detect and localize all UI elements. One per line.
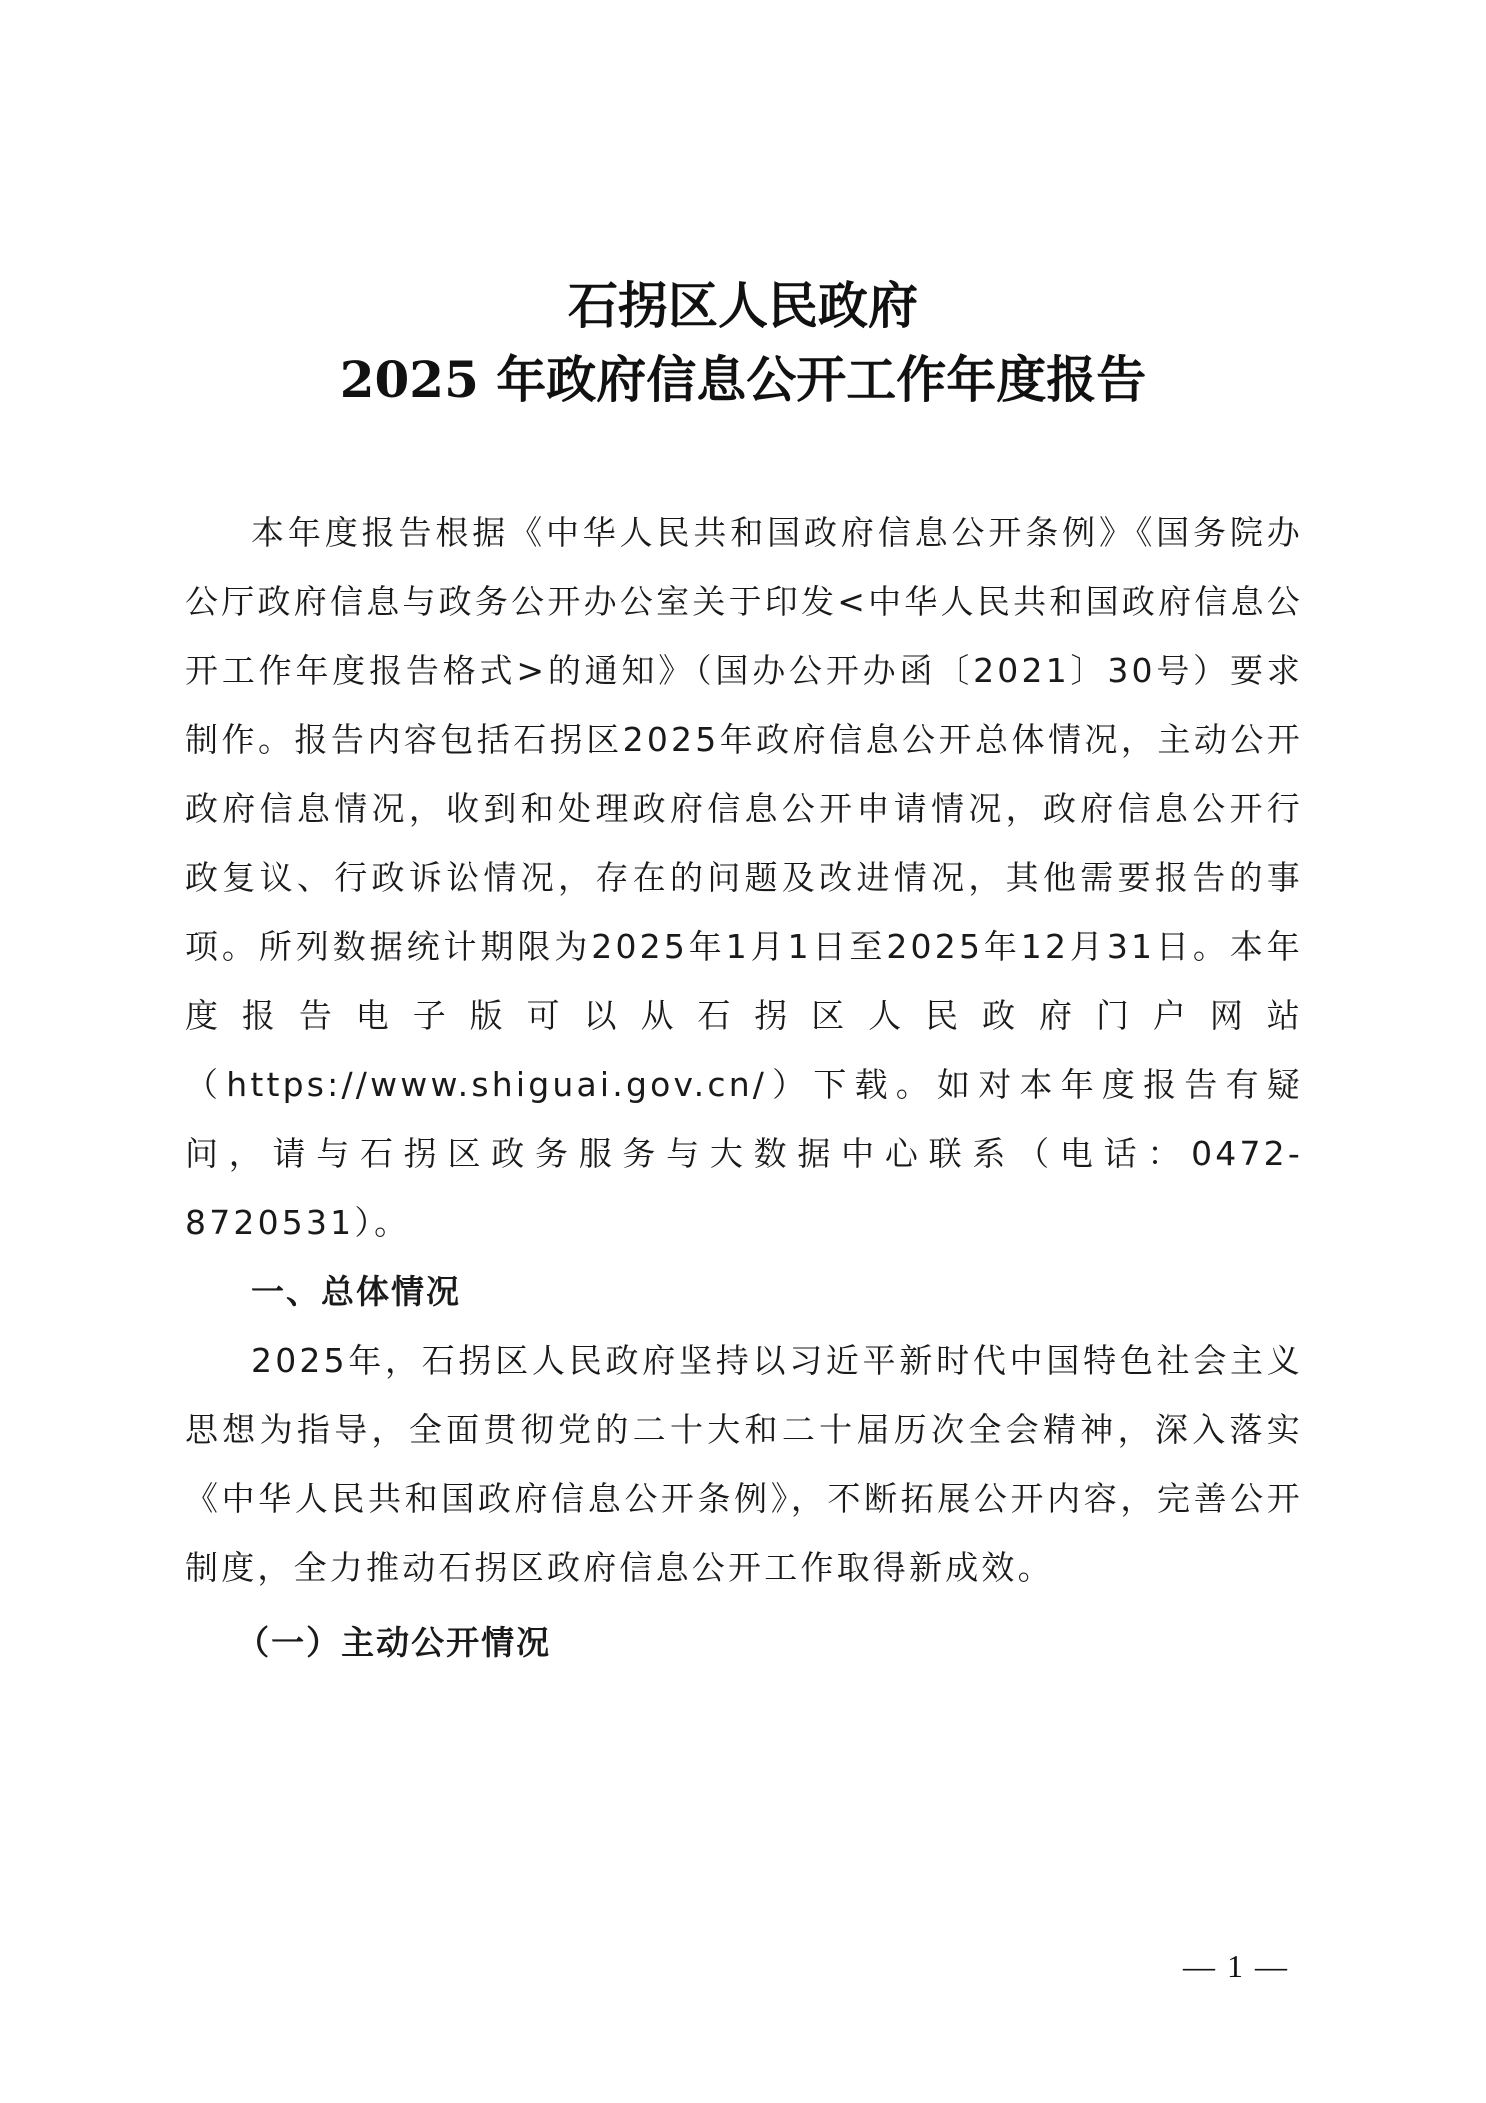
overview-paragraph: 2025年，石拐区人民政府坚持以习近平新时代中国特色社会主义思想为指导，全面贯彻… (185, 1326, 1303, 1602)
intro-paragraph: 本年度报告根据《中华人民共和国政府信息公开条例》《国务院办公厅政府信息与政务公开… (185, 498, 1303, 1257)
document-body: 本年度报告根据《中华人民共和国政府信息公开条例》《国务院办公厅政府信息与政务公开… (185, 498, 1303, 1677)
document-title-line1: 石拐区人民政府 (0, 276, 1486, 336)
document-title-line2: 2025 年政府信息公开工作年度报告 (0, 350, 1486, 410)
subsection-heading-proactive-disclosure: （一）主动公开情况 (185, 1608, 1303, 1677)
page-number: — 1 — (1183, 1948, 1289, 1985)
section-heading-overview: 一、总体情况 (185, 1257, 1303, 1326)
document-page: 石拐区人民政府 2025 年政府信息公开工作年度报告 本年度报告根据《中华人民共… (0, 0, 1486, 2103)
